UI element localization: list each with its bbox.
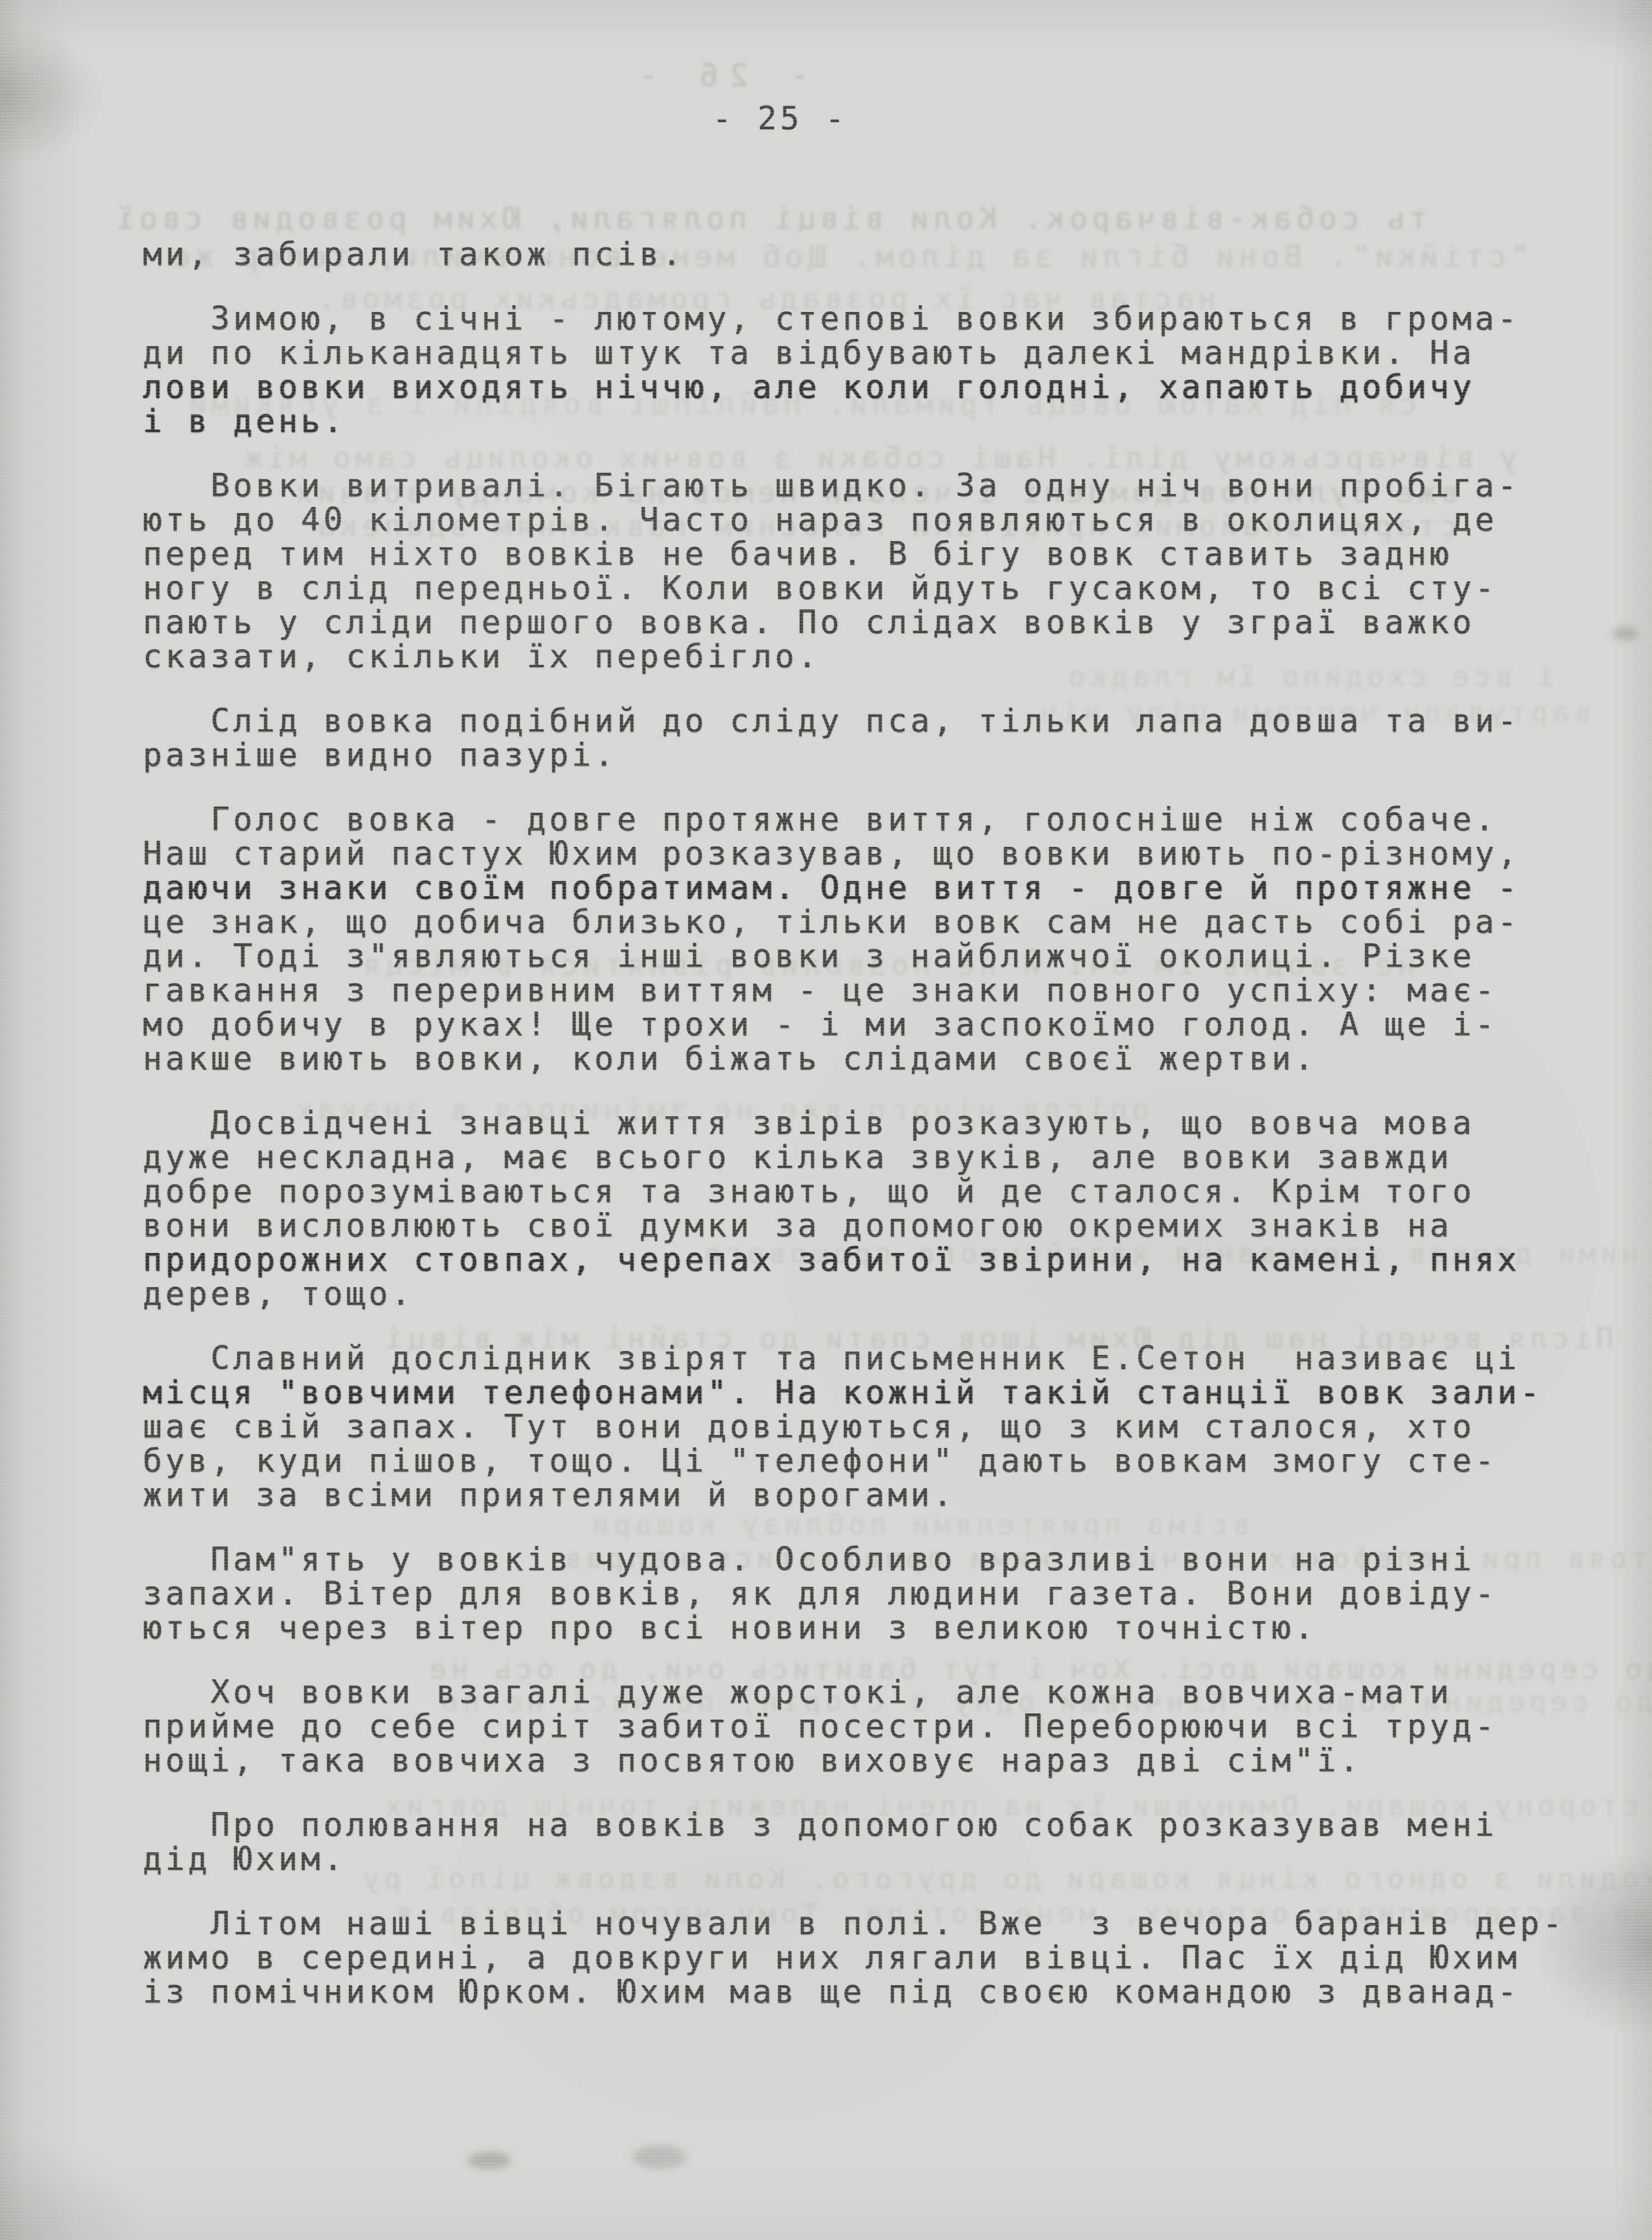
- text-line: Досвідчені знавці життя звірів розказуют…: [143, 1106, 1610, 1140]
- text-line: ногу в слід передньої. Коли вовки йдуть …: [143, 571, 1610, 606]
- ink-smudge: [468, 2152, 511, 2169]
- text-line: ди по кільканадцять штук та відбувають д…: [143, 336, 1610, 370]
- text-line: і в день.: [143, 404, 1610, 439]
- text-line: перед тим ніхто вовків не бачив. В бігу …: [143, 537, 1610, 571]
- paragraph: Слід вовка подібний до сліду пса, тільки…: [143, 704, 1610, 772]
- paragraph: Вовки витривалі. Бігають швидко. За одну…: [143, 469, 1610, 674]
- text-line: Слід вовка подібний до сліду пса, тільки…: [143, 704, 1610, 738]
- text-line: даючи знаки своїм побратимам. Одне виття…: [143, 871, 1610, 905]
- text-line: Літом наші вівці ночували в полі. Вже з …: [143, 1907, 1610, 1941]
- text-line: Славний дослідник звірят та письменник Е…: [143, 1342, 1610, 1376]
- text-line: придорожних стовпах, черепах забитої зві…: [143, 1243, 1610, 1277]
- text-line: запахи. Вітер для вовків, як для людини …: [143, 1577, 1610, 1611]
- text-line: мо добичу в руках! Ще трохи - і ми заспо…: [143, 1008, 1610, 1042]
- text-line: нощі, така вовчиха з посвятою виховує на…: [143, 1744, 1610, 1778]
- text-line: пають у сліди першого вовка. По слідах в…: [143, 606, 1610, 640]
- text-line: був, куди пішов, тощо. Ці "телефони" даю…: [143, 1444, 1610, 1478]
- scanned-page: ть собак-вівчарок. Коли вівці полягали, …: [0, 0, 1652, 2240]
- paragraph: Про полювання на вовків з допомогою соба…: [143, 1808, 1610, 1876]
- text-line: ють до 40 кілометрів. Часто нараз появля…: [143, 503, 1610, 537]
- text-line: жити за всіми приятелями й ворогами.: [143, 1478, 1610, 1512]
- paragraph: Пам"ять у вовків чудова. Особливо вразли…: [143, 1543, 1610, 1645]
- text-line: із помічником Юрком. Юхим мав ще під сво…: [143, 1975, 1610, 2009]
- text-line: Вовки витривалі. Бігають швидко. За одну…: [143, 469, 1610, 503]
- text-line: добре порозуміваються та знають, що й де…: [143, 1175, 1610, 1209]
- ink-smudge: [1613, 627, 1639, 640]
- paragraph: Досвідчені знавці життя звірів розказуют…: [143, 1106, 1610, 1311]
- paragraph: Літом наші вівці ночували в полі. Вже з …: [143, 1907, 1610, 2009]
- text-line: Наш старий пастух Юхим розказував, що во…: [143, 837, 1610, 871]
- paragraph: ми, забирали також псів.: [143, 237, 1610, 272]
- text-line: Голос вовка - довге протяжне виття, голо…: [143, 803, 1610, 837]
- text-line: місця "вовчими телефонами". На кожній та…: [143, 1376, 1610, 1410]
- text-line: накше виють вовки, коли біжать слідами с…: [143, 1042, 1610, 1076]
- text-line: Про полювання на вовків з допомогою соба…: [143, 1808, 1610, 1842]
- bleed-line: ть собак-вівчарок. Коли вівці полягали, …: [112, 203, 1428, 234]
- text-line: прийме до себе сиріт забитої посестри. П…: [143, 1710, 1610, 1744]
- text-line: гавкання з переривним виттям - це знаки …: [143, 974, 1610, 1008]
- paragraph: Хоч вовки взагалі дуже жорстокі, але кож…: [143, 1675, 1610, 1778]
- text-line: ди. Тоді з"являються інші вовки з найбли…: [143, 939, 1610, 974]
- text-line: сказати, скільки їх перебігло.: [143, 640, 1610, 674]
- text-line: це знак, що добича близько, тільки вовк …: [143, 905, 1610, 939]
- text-line: дуже нескладна, має всього кілька звуків…: [143, 1140, 1610, 1175]
- text-line: вони висловлюють свої думки за допомогою…: [143, 1209, 1610, 1243]
- bleed-page-number: - 26 -: [627, 58, 809, 92]
- typewritten-text-block: ми, забирали також псів. Зимою, в січні …: [143, 237, 1610, 2009]
- text-line: лови вовки виходять ніччю, але коли голо…: [143, 370, 1610, 404]
- page-number: - 25 -: [712, 102, 848, 136]
- paragraph: Голос вовка - довге протяжне виття, голо…: [143, 803, 1610, 1076]
- text-line: шає свій запах. Тут вони довідуються, що…: [143, 1410, 1610, 1444]
- text-line: Хоч вовки взагалі дуже жорстокі, але кож…: [143, 1675, 1610, 1710]
- text-line: Зимою, в січні - лютому, степові вовки з…: [143, 302, 1610, 336]
- text-line: дерев, тощо.: [143, 1277, 1610, 1311]
- text-line: ми, забирали також псів.: [143, 237, 1610, 272]
- text-line: ються через вітер про всі новини з велик…: [143, 1611, 1610, 1645]
- paragraph: Зимою, в січні - лютому, степові вовки з…: [143, 302, 1610, 439]
- text-line: разніше видно пазурі.: [143, 738, 1610, 772]
- text-line: дід Юхим.: [143, 1842, 1610, 1876]
- text-line: Пам"ять у вовків чудова. Особливо вразли…: [143, 1543, 1610, 1577]
- ink-smudge: [633, 2145, 686, 2169]
- paragraph: Славний дослідник звірят та письменник Е…: [143, 1342, 1610, 1512]
- text-line: жимо в середині, а довкруги них лягали в…: [143, 1941, 1610, 1975]
